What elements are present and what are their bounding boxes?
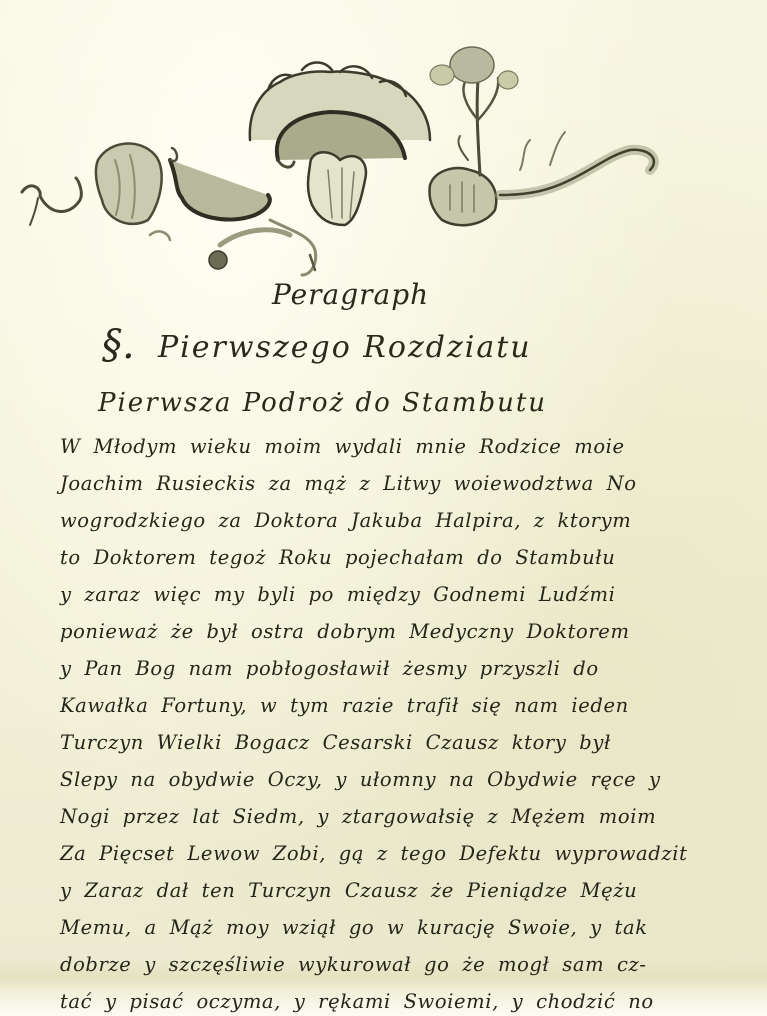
text-line: Turczyn Wielki Bogacz Cesarski Czausz kt… — [60, 724, 750, 761]
text-line: Joachim Rusieckis za mąż z Litwy woiewod… — [60, 465, 750, 502]
text-line: Kawałka Fortuny, w tym razie trafił się … — [60, 687, 750, 724]
text-line: y Zaraz dał ten Turczyn Czausz że Pienią… — [60, 872, 750, 909]
text-line: Za Pięcset Lewow Zobi, gą z tego Defektu… — [60, 835, 750, 872]
text-line: Nogi przez lat Siedm, y ztargowałsię z M… — [60, 798, 750, 835]
text-line: y Pan Bog nam pobłogosławił żesmy przysz… — [60, 650, 750, 687]
text-line: Slepy na obydwie Oczy, y ułomny na Obydw… — [60, 761, 750, 798]
text-line: ponieważ że był ostra dobrym Medyczny Do… — [60, 613, 750, 650]
text-line: dobrze y szczęśliwie wykurował go że mog… — [60, 946, 750, 983]
section-mark: §. — [102, 322, 135, 368]
text-line: to Doktorem tegoż Roku pojechałam do Sta… — [60, 539, 750, 576]
text-line: Memu, a Mąż moy wziął go w kurację Swoie… — [60, 909, 750, 946]
text-line: W Młodym wieku moim wydali mnie Rodzice … — [60, 428, 750, 465]
chapter-heading: Pierwszego Rozdziatu — [158, 330, 532, 365]
text-line: wogrodzkiego za Doktora Jakuba Halpira, … — [60, 502, 750, 539]
baroque-ornament-icon — [10, 20, 700, 280]
text-line: tać y pisać oczyma, y rękami Swoiemi, y … — [60, 983, 750, 1016]
chapter-subtitle: Pierwsza Podroż do Stambutu — [98, 388, 547, 418]
page-title: Peragraph — [272, 278, 429, 311]
manuscript-body: W Młodym wieku moim wydali mnie Rodzice … — [60, 428, 750, 1016]
text-line: y zaraz więc my byli po między Godnemi L… — [60, 576, 750, 613]
